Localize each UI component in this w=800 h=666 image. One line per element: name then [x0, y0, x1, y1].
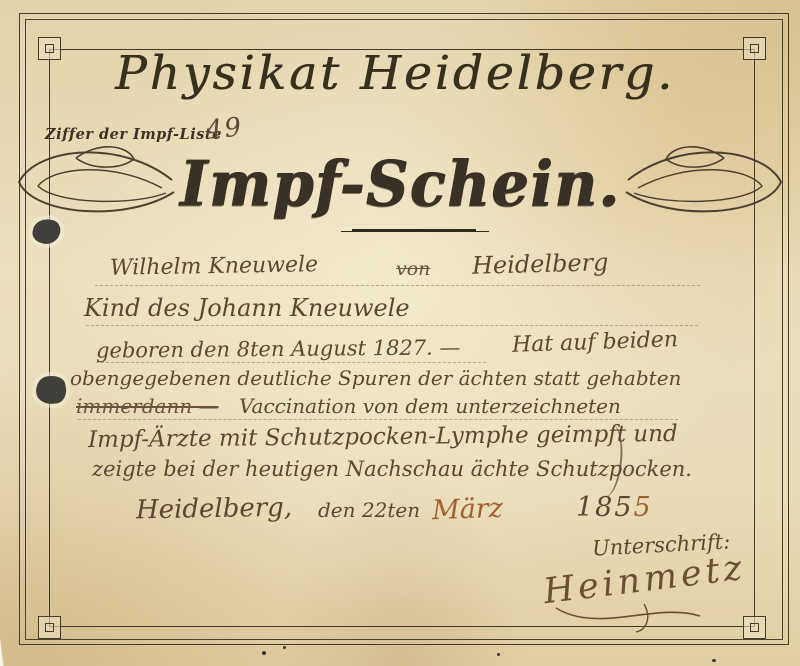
- corner-ornament-bottom-left: [38, 616, 61, 639]
- document-header-title: Physikat Heidelberg.: [0, 46, 790, 101]
- body-line-4: obengegebenen deutliche Spuren der ächte…: [70, 366, 681, 390]
- year-red-digit: 5: [634, 492, 653, 523]
- place-name-entry: Heidelberg: [472, 248, 609, 280]
- ruled-line: [78, 419, 678, 420]
- corner-ornament-inner-square: [45, 623, 54, 632]
- paper-speck: [283, 646, 286, 649]
- main-title-text: Impf-Schein.: [180, 147, 621, 220]
- vaccination-certificate-document: Physikat Heidelberg. Ziffer der Impf-Lis…: [0, 0, 800, 666]
- signature-swash-icon: [548, 600, 708, 636]
- paper-speck: [497, 653, 500, 656]
- year-black-digits: 185: [576, 492, 634, 523]
- ruled-line: [95, 285, 700, 286]
- paper-speck: [712, 659, 716, 662]
- child-name-entry: Wilhelm Kneuwele: [110, 252, 318, 281]
- paper-speck: [262, 651, 266, 655]
- right-flourish-icon: [622, 138, 790, 230]
- dateline-place: Heidelberg,: [136, 493, 293, 526]
- parent-line-entry: Kind des Johann Kneuwele: [84, 294, 410, 322]
- struck-out-word: immerdann —: [76, 394, 219, 418]
- corner-ornament-inner-square: [750, 623, 759, 632]
- corner-ornament-bottom-right: [743, 616, 766, 639]
- title-underline: [352, 229, 476, 232]
- left-flourish-icon: [10, 138, 178, 230]
- von-word: von: [396, 258, 430, 280]
- birth-date-entry: geboren den 8ten August 1827. —: [96, 335, 461, 362]
- ruled-line: [96, 362, 486, 363]
- dateline-day: den 22ten: [318, 498, 420, 522]
- scan-edge-artifact: [0, 638, 10, 666]
- main-title-row: Impf-Schein.: [0, 138, 800, 230]
- ruled-line: [86, 325, 698, 326]
- dateline-year: 1855: [576, 492, 653, 523]
- body-line-5: immerdann — Vaccination von dem unterzei…: [76, 394, 621, 418]
- dateline-month: März: [431, 493, 503, 526]
- vaccination-phrase: Vaccination von dem unterzeichneten: [239, 394, 621, 418]
